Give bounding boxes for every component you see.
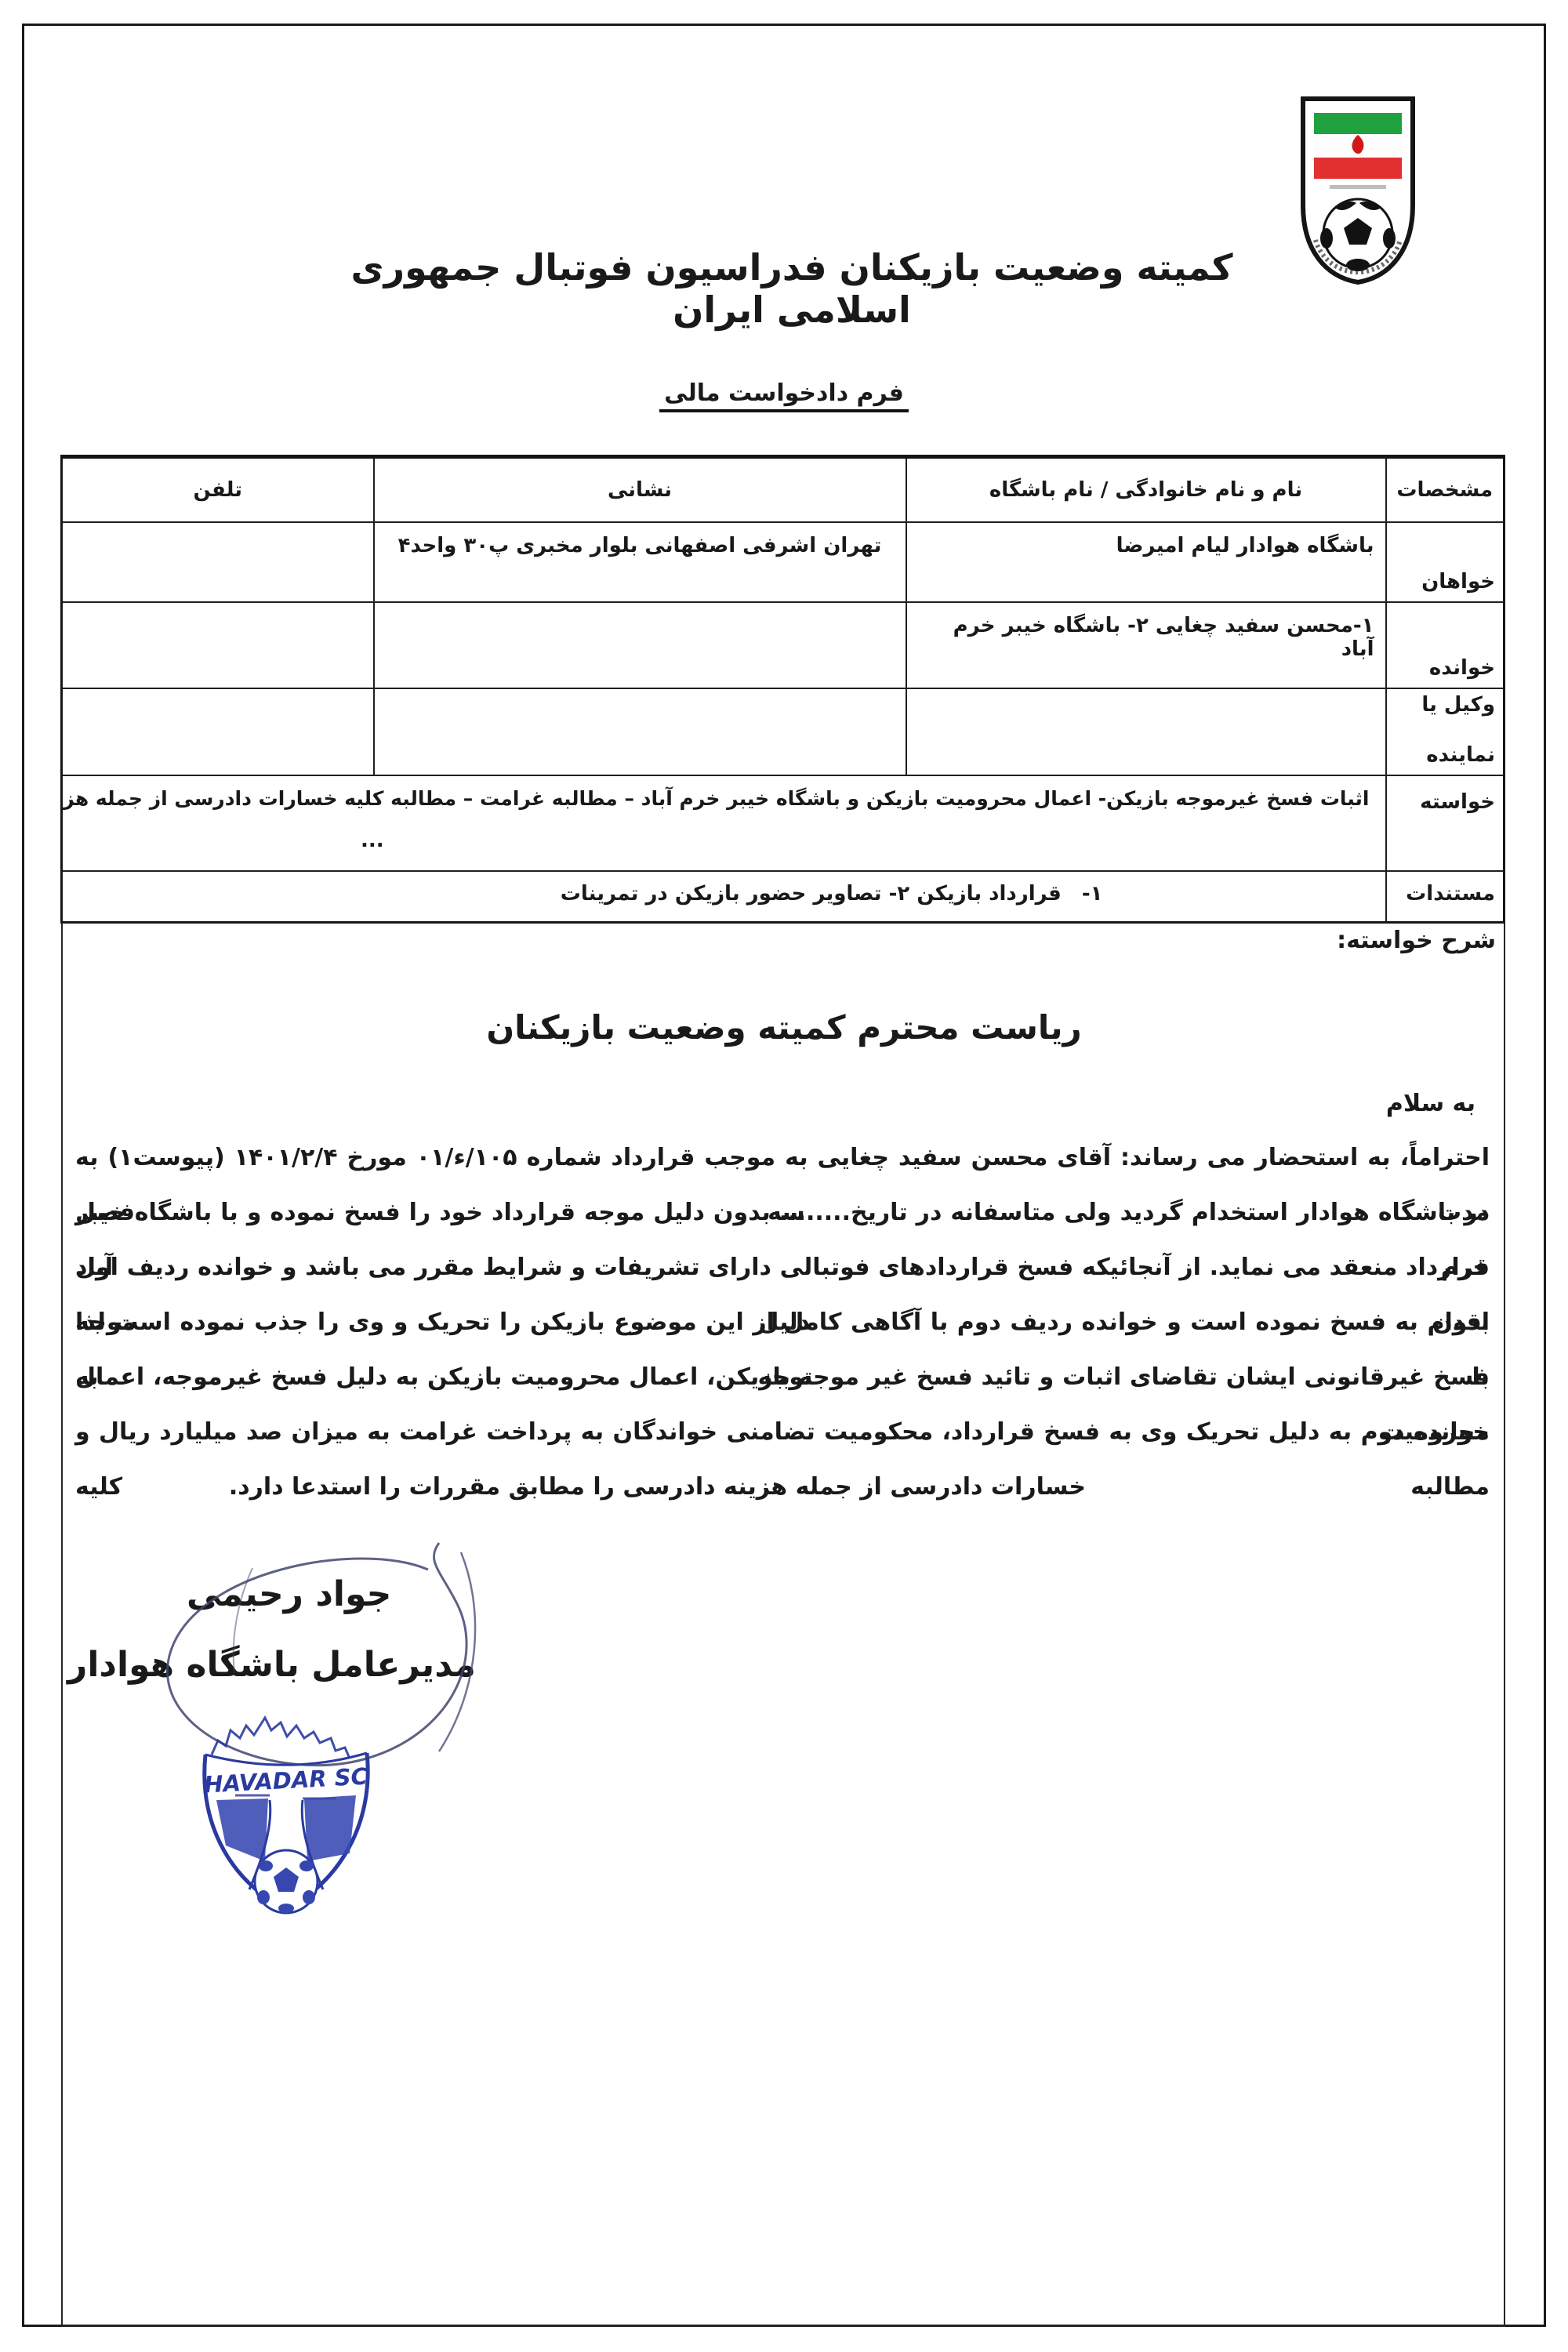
- table-row-defendant: خوانده ۱-محسن سفید چغایی ۲- باشگاه خیبر …: [62, 602, 1504, 688]
- federation-crest-logo: [1295, 94, 1421, 286]
- cell-plaintiff-name: باشگاه هوادار لیام امیرضا: [906, 522, 1386, 602]
- cell-defendant-name: ۱-محسن سفید چغایی ۲- باشگاه خیبر خرم آبا…: [906, 602, 1386, 688]
- claim-form-table: مشخصات نام و نام خانوادگی / نام باشگاه ن…: [60, 455, 1505, 924]
- table-row-plaintiff: خواهان باشگاه هوادار لیام امیرضا تهران ا…: [62, 522, 1504, 602]
- representative-label-line1: وکیل یا: [1395, 693, 1496, 717]
- cell-defendant-address: [374, 602, 906, 688]
- letter-line: فسخ غیرقانونی ایشان تقاضای اثبات و تائید…: [75, 1350, 1490, 1405]
- flag-red-band: [1314, 158, 1402, 179]
- row-label-representative: وکیل یا نماینده: [1386, 688, 1504, 775]
- claim-description-label: شرح خواسته:: [1337, 927, 1496, 954]
- club-logo-text: HAVADAR SC: [203, 1763, 368, 1798]
- letter-line: در باشگاه هوادار استخدام گردید ولی متاسف…: [75, 1185, 1490, 1240]
- crest-text-line: [1330, 185, 1386, 189]
- header-name: نام و نام خانوادگی / نام باشگاه: [906, 457, 1386, 523]
- form-title-text: فرم دادخواست مالی: [659, 379, 909, 412]
- scanned-petition-document: کمیته وضعیت بازیکنان فدراسیون فوتبال جمه…: [0, 0, 1568, 2352]
- table-row-documents: مستندات ۱- قرارداد بازیکن ۲- تصاویر حضور…: [62, 871, 1504, 922]
- letter-line: اقدام به فسخ نموده است و خوانده ردیف دوم…: [75, 1295, 1490, 1350]
- letter-body: احتراماً، به استحضار می رساند: آقای محسن…: [75, 1131, 1490, 1515]
- header-phone: تلفن: [62, 457, 374, 523]
- club-stamp-logo: HAVADAR SC: [188, 1706, 384, 1918]
- claim-ellipsis: ...: [78, 829, 1370, 852]
- cell-defendant-phone: [62, 602, 374, 688]
- table-header-row: مشخصات نام و نام خانوادگی / نام باشگاه ن…: [62, 457, 1504, 523]
- row-label-defendant: خوانده: [1386, 602, 1504, 688]
- cell-documents-text: ۱- قرارداد بازیکن ۲- تصاویر حضور بازیکن …: [62, 871, 1386, 922]
- table-row-representative: وکیل یا نماینده: [62, 688, 1504, 775]
- row-label-plaintiff: خواهان: [1386, 522, 1504, 602]
- cell-plaintiff-address: تهران اشرفی اصفهانی بلوار مخبری پ۳۰ واحد…: [374, 522, 906, 602]
- stamp-crowd-scribble: [212, 1718, 350, 1759]
- cell-representative-name: [906, 688, 1386, 775]
- letter-line: خوانده دوم به دلیل تحریک وی به فسخ قرارد…: [75, 1405, 1490, 1460]
- cell-representative-address: [374, 688, 906, 775]
- cell-plaintiff-phone: [62, 522, 374, 602]
- letter-heading: ریاست محترم کمیته وضعیت بازیکنان: [0, 1008, 1568, 1047]
- claim-text: اثبات فسخ غیرموجه بازیکن- اعمال محرومیت …: [78, 787, 1370, 810]
- row-label-claim: خواسته: [1386, 775, 1504, 871]
- table-row-claim: خواسته اثبات فسخ غیرموجه بازیکن- اعمال م…: [62, 775, 1504, 871]
- letter-line: احتراماً، به استحضار می رساند: آقای محسن…: [75, 1131, 1490, 1185]
- cell-representative-phone: [62, 688, 374, 775]
- header-address: نشانی: [374, 457, 906, 523]
- letter-salutation: به سلام: [1386, 1090, 1475, 1117]
- letter-line: قرارداد منعقد می نماید. از آنجائیکه فسخ …: [75, 1240, 1490, 1295]
- representative-label-line2: نماینده: [1395, 743, 1496, 767]
- row-label-documents: مستندات: [1386, 871, 1504, 922]
- stamp-right-panel: [304, 1795, 356, 1861]
- page-title: کمیته وضعیت بازیکنان فدراسیون فوتبال جمه…: [329, 246, 1254, 331]
- form-title: فرم دادخواست مالی: [0, 379, 1568, 412]
- flag-green-band: [1314, 113, 1402, 134]
- header-details: مشخصات: [1386, 457, 1504, 523]
- cell-claim-text: اثبات فسخ غیرموجه بازیکن- اعمال محرومیت …: [62, 775, 1386, 871]
